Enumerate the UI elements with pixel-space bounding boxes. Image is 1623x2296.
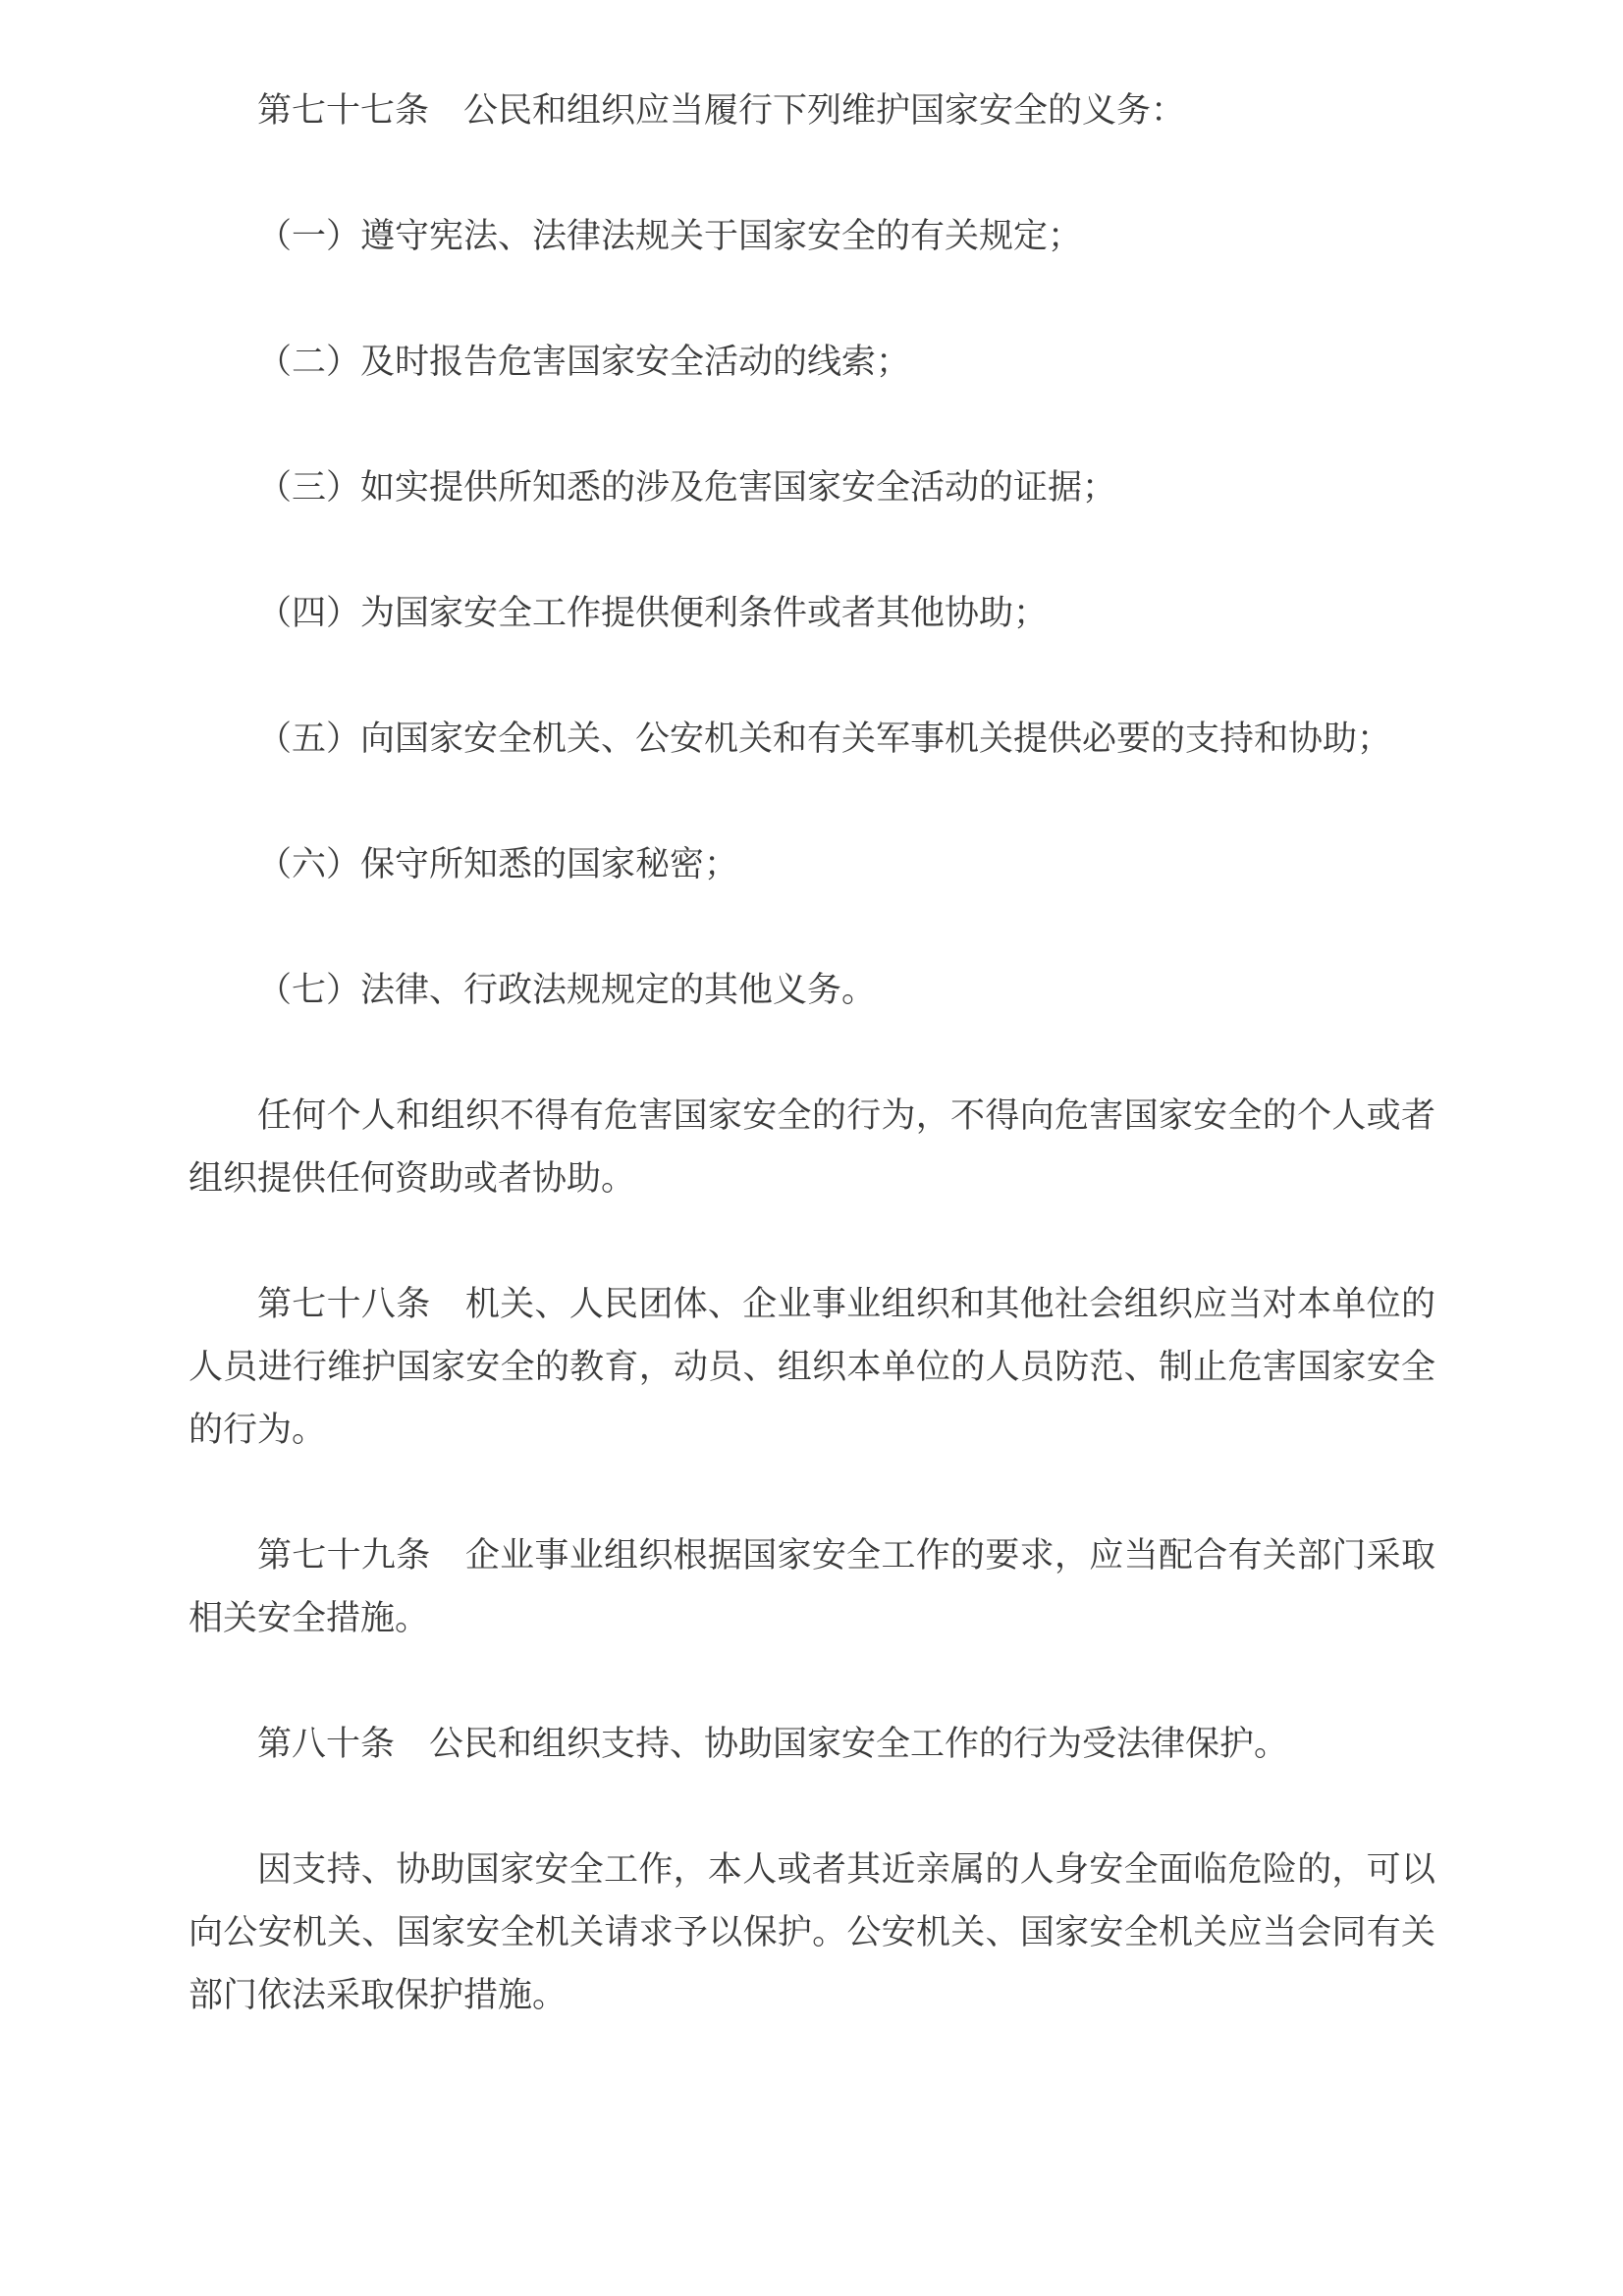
- document-text-block: 第七十七条 公民和组织应当履行下列维护国家安全的义务： （一）遵守宪法、法律法规…: [189, 80, 1435, 2027]
- article-77-item-3: （三）如实提供所知悉的涉及危害国家安全活动的证据；: [189, 456, 1435, 519]
- article-80-para-2: 因支持、协助国家安全工作，本人或者其近亲属的人身安全面临危险的，可以向公安机关、…: [189, 1839, 1435, 2027]
- article-79: 第七十九条 企业事业组织根据国家安全工作的要求，应当配合有关部门采取相关安全措施…: [189, 1524, 1435, 1650]
- article-77-item-5: （五）向国家安全机关、公安机关和有关军事机关提供必要的支持和协助；: [189, 708, 1435, 771]
- article-77-item-1: （一）遵守宪法、法律法规关于国家安全的有关规定；: [189, 205, 1435, 268]
- article-77-item-6: （六）保守所知悉的国家秘密；: [189, 833, 1435, 896]
- article-78: 第七十八条 机关、人民团体、企业事业组织和其他社会组织应当对本单位的人员进行维护…: [189, 1273, 1435, 1462]
- article-77-para-2: 任何个人和组织不得有危害国家安全的行为，不得向危害国家安全的个人或者组织提供任何…: [189, 1085, 1435, 1210]
- article-80: 第八十条 公民和组织支持、协助国家安全工作的行为受法律保护。: [189, 1713, 1435, 1776]
- article-77-item-4: （四）为国家安全工作提供便利条件或者其他协助；: [189, 582, 1435, 645]
- article-77-item-2: （二）及时报告危害国家安全活动的线索；: [189, 331, 1435, 394]
- article-77-intro: 第七十七条 公民和组织应当履行下列维护国家安全的义务：: [189, 80, 1435, 142]
- article-77-item-7: （七）法律、行政法规规定的其他义务。: [189, 959, 1435, 1022]
- document-page: 第七十七条 公民和组织应当履行下列维护国家安全的义务： （一）遵守宪法、法律法规…: [0, 0, 1623, 2296]
